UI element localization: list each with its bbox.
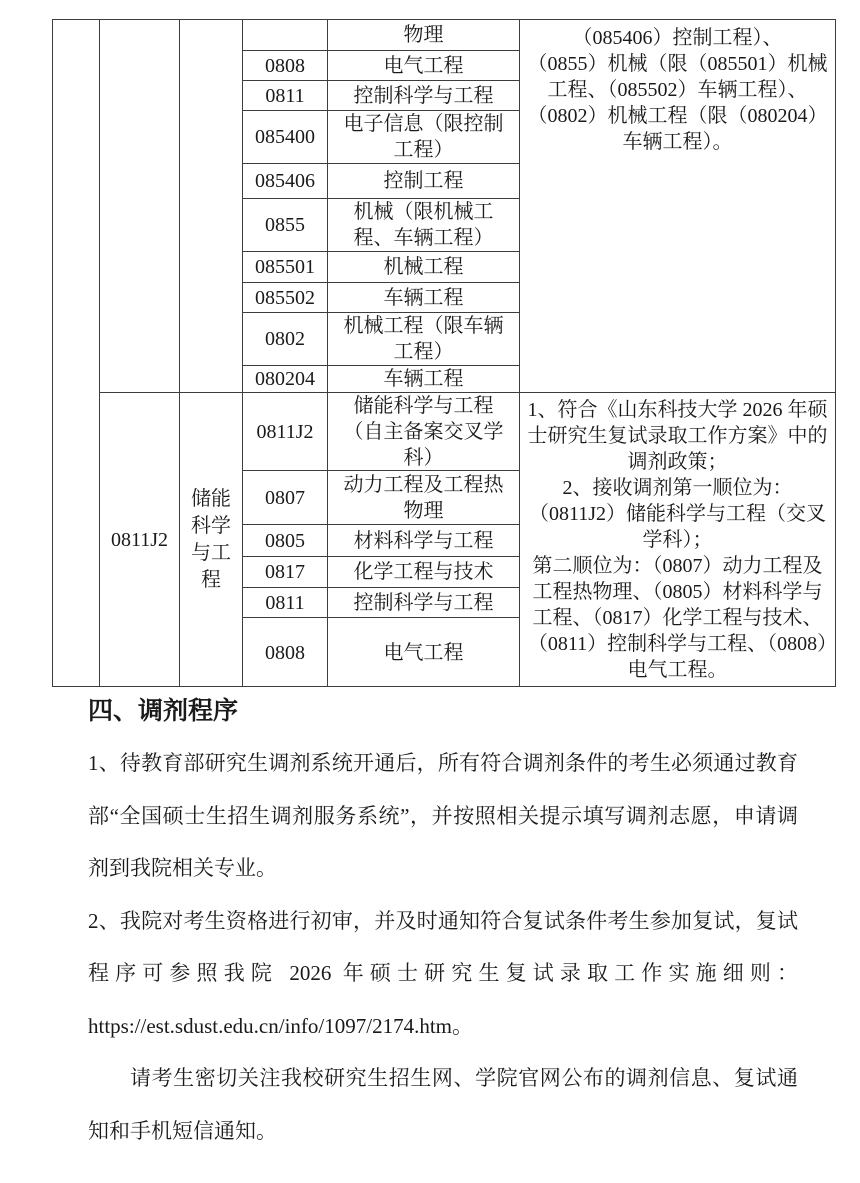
paragraph-1: 1、待教育部研究生调剂系统开通后，所有符合调剂条件的考生必须通过教育部“全国硕士… xyxy=(88,737,798,895)
document-page: 物理 0808 电气工程 0811 控制科学与工程 085400 电子信息（限控… xyxy=(0,0,860,1183)
table-row: 0807 动力工程及工程热物理 xyxy=(243,471,519,525)
remark-text: 2、接收调剂第一顺位为：（0811J2）储能科学与工程（交叉学科）； xyxy=(526,475,829,553)
subject-code-cell: 085502 xyxy=(243,283,328,312)
subject-name-cell: 储能科学与工程（自主备案交叉学科） xyxy=(328,393,519,470)
major-group-row: 0811J2 储能科学与工程 0811J2 储能科学与工程（自主备案交叉学科） … xyxy=(100,392,835,687)
subject-name-cell: 机械工程（限车辆工程） xyxy=(328,313,519,365)
subject-code-cell: 0807 xyxy=(243,471,328,524)
paragraph-2: 2、我院对考生资格进行初审，并及时通知符合复试条件考生参加复试，复试程序可参照我… xyxy=(88,895,798,1053)
table-row: 0817 化学工程与技术 xyxy=(243,557,519,588)
paragraph-text: 。 xyxy=(452,1014,473,1038)
subject-code-cell: 0817 xyxy=(243,557,328,587)
group-name-cell xyxy=(180,20,243,392)
subject-name-cell: 电气工程 xyxy=(328,51,519,80)
detail-rules-url[interactable]: https://est.sdust.edu.cn/info/1097/2174.… xyxy=(88,1014,452,1038)
subject-code-cell: 0808 xyxy=(243,618,328,687)
remark-text: （0855）机械（限（085501）机械工程、（085502）车辆工程）、 xyxy=(526,51,829,103)
table-row: 080204 车辆工程 xyxy=(243,366,519,392)
subject-code-cell: 080204 xyxy=(243,366,328,392)
remark-text: （0802）机械工程（限（080204）车辆工程）。 xyxy=(526,103,829,155)
subject-name-cell: 机械（限机械工程、车辆工程） xyxy=(328,199,519,251)
subject-name-cell: 电子信息（限控制工程） xyxy=(328,111,519,163)
subject-name-cell: 电气工程 xyxy=(328,618,519,687)
paragraph-text: 1、待教育部研究生调剂系统开通后，所有符合调剂条件的考生必须通过教育部“全国硕士… xyxy=(88,751,798,880)
subject-name-cell: 机械工程 xyxy=(328,252,519,282)
adjustment-majors-table: 物理 0808 电气工程 0811 控制科学与工程 085400 电子信息（限控… xyxy=(52,19,836,687)
remark-text: （085406）控制工程）、 xyxy=(526,25,829,51)
subject-name-cell: 材料科学与工程 xyxy=(328,525,519,556)
section-adjustment-procedure: 四、调剂程序 1、待教育部研究生调剂系统开通后，所有符合调剂条件的考生必须通过教… xyxy=(88,697,798,1157)
subject-name-cell: 车辆工程 xyxy=(328,283,519,312)
group-code-cell xyxy=(100,20,180,392)
remark-cell: （085406）控制工程）、 （0855）机械（限（085501）机械工程、（0… xyxy=(520,20,835,392)
table-row: 085502 车辆工程 xyxy=(243,283,519,313)
subject-code-cell xyxy=(243,20,328,50)
subject-name-cell: 控制科学与工程 xyxy=(328,81,519,110)
paragraph-3: 请考生密切关注我校研究生招生网、学院官网公布的调剂信息、复试通知和手机短信通知。 xyxy=(88,1052,798,1157)
table-row: 0808 电气工程 xyxy=(243,51,519,81)
subject-code-cell: 0811 xyxy=(243,588,328,617)
table-row: 085406 控制工程 xyxy=(243,164,519,199)
subject-code-cell: 085501 xyxy=(243,252,328,282)
remark-cell: 1、符合《山东科技大学 2026 年硕士研究生复试录取工作方案》中的调剂政策； … xyxy=(520,393,835,687)
remark-text: 第二顺位为：（0807）动力工程及工程热物理、（0805）材料科学与工程、（08… xyxy=(526,553,829,683)
subject-name-cell: 控制科学与工程 xyxy=(328,588,519,617)
table-row: 0802 机械工程（限车辆工程） xyxy=(243,313,519,366)
group-name-cell: 储能科学与工程 xyxy=(180,393,243,687)
subject-code-cell: 0808 xyxy=(243,51,328,80)
subject-code-cell: 0802 xyxy=(243,313,328,365)
paragraph-text: 2、我院对考生资格进行初审，并及时通知符合复试条件考生参加复试，复试程序可参照我… xyxy=(88,909,798,986)
table-row: 物理 xyxy=(243,20,519,51)
table-row: 085400 电子信息（限控制工程） xyxy=(243,111,519,164)
subject-code-cell: 085400 xyxy=(243,111,328,163)
table-row: 0855 机械（限机械工程、车辆工程） xyxy=(243,199,519,252)
subject-code-cell: 0805 xyxy=(243,525,328,556)
subject-code-cell: 0811J2 xyxy=(243,393,328,470)
subject-name-cell: 化学工程与技术 xyxy=(328,557,519,587)
section-heading: 四、调剂程序 xyxy=(88,697,798,727)
table-row: 0811J2 储能科学与工程（自主备案交叉学科） xyxy=(243,393,519,471)
subject-code-cell: 0811 xyxy=(243,81,328,110)
subject-name-cell: 物理 xyxy=(328,20,519,50)
table-left-merged-cell xyxy=(53,20,100,686)
remark-text: 1、符合《山东科技大学 2026 年硕士研究生复试录取工作方案》中的调剂政策； xyxy=(526,397,829,475)
paragraph-text: 请考生密切关注我校研究生招生网、学院官网公布的调剂信息、复试通知和手机短信通知。 xyxy=(88,1066,798,1143)
major-group-row: 物理 0808 电气工程 0811 控制科学与工程 085400 电子信息（限控… xyxy=(100,20,835,392)
table-row: 0805 材料科学与工程 xyxy=(243,525,519,557)
subject-code-cell: 0855 xyxy=(243,199,328,251)
subject-name-cell: 控制工程 xyxy=(328,164,519,198)
table-row: 0808 电气工程 xyxy=(243,618,519,687)
table-row: 085501 机械工程 xyxy=(243,252,519,283)
table-row: 0811 控制科学与工程 xyxy=(243,81,519,111)
subject-name-cell: 动力工程及工程热物理 xyxy=(328,471,519,524)
subject-code-cell: 085406 xyxy=(243,164,328,198)
table-row: 0811 控制科学与工程 xyxy=(243,588,519,618)
subject-name-cell: 车辆工程 xyxy=(328,366,519,392)
group-code-cell: 0811J2 xyxy=(100,393,180,687)
